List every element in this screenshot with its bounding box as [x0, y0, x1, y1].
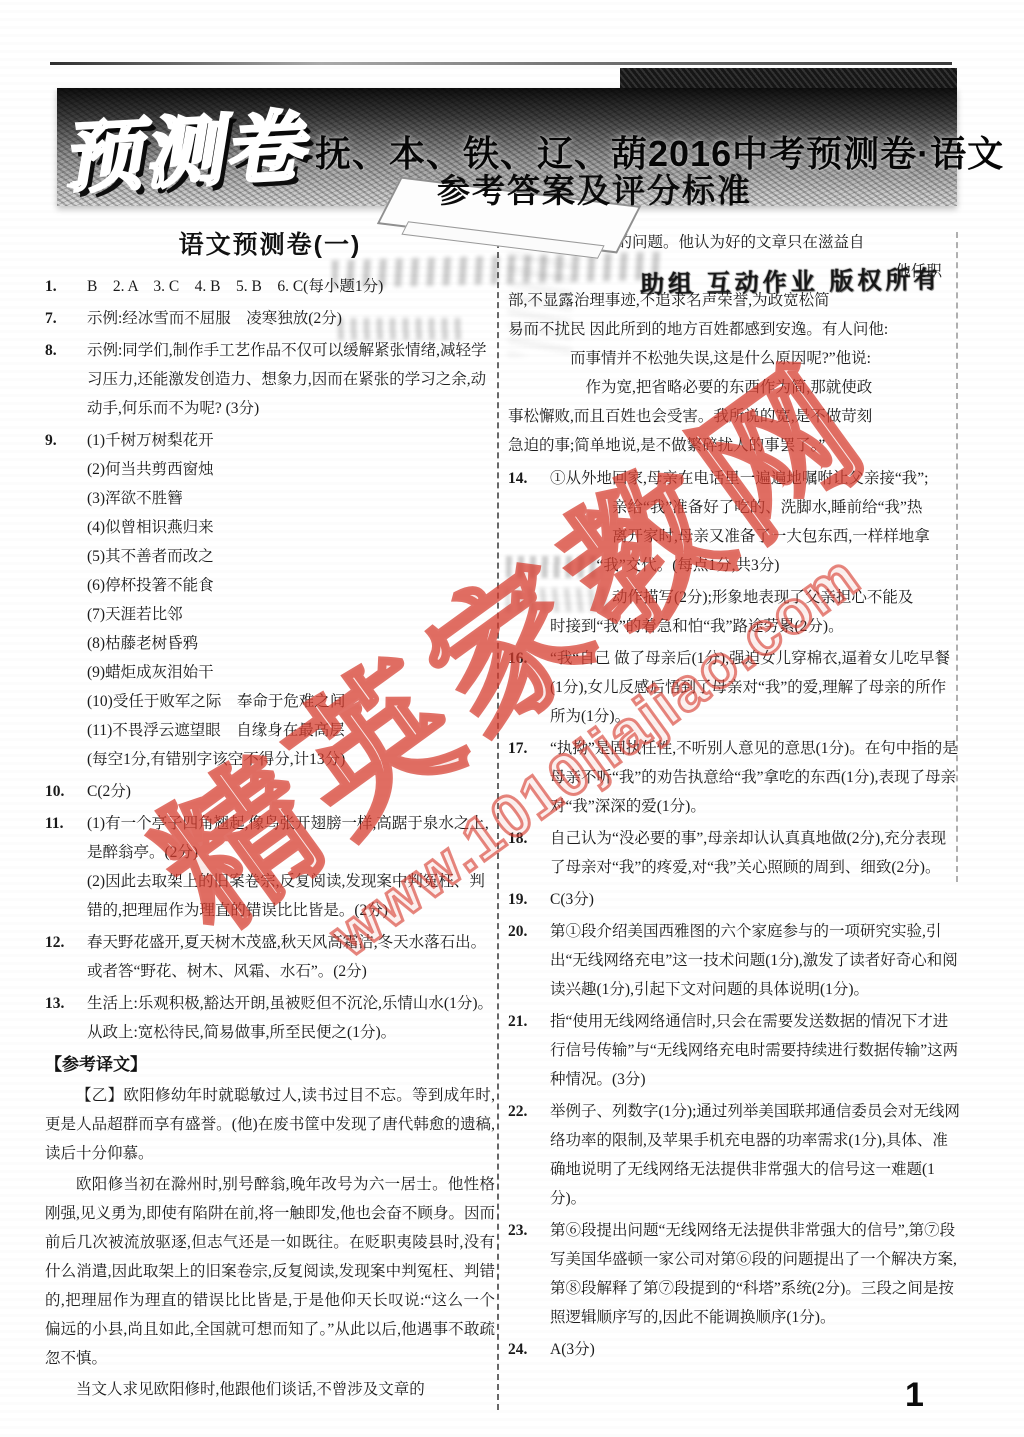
text-line: (1)千树万树梨花开	[87, 426, 495, 455]
text-line: 春天野花盛开,夏天树木茂盛,秋天风高霜洁,冬天水落石出。或者答“野花、树木、风霜…	[87, 928, 495, 986]
answer-text: 春天野花盛开,夏天树木茂盛,秋天风高霜洁,冬天水落石出。或者答“野花、树木、风霜…	[87, 928, 495, 986]
text-line: (8)枯藤老树昏鸦	[87, 629, 495, 658]
translation-paragraphs: 【乙】欧阳修幼年时就聪敏过人,读书过目不忘。等到成年时,更是人品超群而享有盛誉。…	[45, 1081, 495, 1404]
answer-number: 20.	[508, 917, 550, 1004]
copyright-stamp: 助组 互动作业 版权所有	[640, 259, 942, 299]
text-line: 离开家时,母亲又准备了一大包东西,一样样地拿	[550, 522, 960, 551]
text-line: B 2. A 3. C 4. B 5. B 6. C(每小题1分)	[87, 272, 495, 301]
column-divider	[497, 232, 499, 1410]
text-line: (9)蜡炬成灰泪始干	[87, 658, 495, 687]
answer-number	[508, 583, 550, 641]
text-line: (7)天涯若比邻	[87, 600, 495, 629]
text-line: (1)有一个亭子四角翘起,像鸟张开翅膀一样,高踞于泉水之上,是醉翁亭。(2分)	[87, 809, 495, 867]
text-line: 亲给“我”准备好了吃的、洗脚水,睡前给“我”热	[550, 493, 960, 522]
answer-text: A(3分)	[550, 1335, 960, 1364]
answer-text: (1)有一个亭子四角翘起,像鸟张开翅膀一样,高踞于泉水之上,是醉翁亭。(2分)(…	[87, 809, 495, 925]
answer-text: 第①段介绍美国西雅图的六个家庭参与的一项研究实验,引出“无线网络充电”这一技术问…	[550, 917, 960, 1004]
text-line: “我“自己 做了母亲后(1分),强迫女儿穿棉衣,逼着女儿吃早餐(1分),女儿反感…	[550, 644, 960, 731]
text-line: 作为宽,把省略必要的东西作为简,那就使政	[508, 373, 960, 402]
text-line: 第⑥段提出问题“无线网络无法提供非常强大的信号”,第⑦段写美国华盛顿一家公司对第…	[550, 1216, 960, 1332]
paragraph: 【乙】欧阳修幼年时就聪敏过人,读书过目不忘。等到成年时,更是人品超群而享有盛誉。…	[45, 1081, 495, 1168]
answer-item: 22.举例子、列数字(1分);通过列举美国联邦通信委员会对无线网络功率的限制,及…	[508, 1097, 960, 1213]
text-line: 生活上:乐观积极,豁达开朗,虽被贬但不沉沦,乐情山水(1分)。从政上:宽松待民,…	[87, 989, 495, 1047]
answer-number: 7.	[45, 304, 87, 333]
answer-number: 13.	[45, 989, 87, 1047]
answers-list-left: 1.B 2. A 3. C 4. B 5. B 6. C(每小题1分)7.示例:…	[45, 272, 495, 1047]
answer-number: 24.	[508, 1335, 550, 1364]
answer-item: 16.“我“自己 做了母亲后(1分),强迫女儿穿棉衣,逼着女儿吃早餐(1分),女…	[508, 644, 960, 731]
text-line: 而事情并不松弛失误,这是什么原因呢?”他说:	[508, 344, 960, 373]
series-logo: 预测卷	[61, 84, 321, 208]
answer-item: 14.①从外地回家,母亲在电话里一遍遍地嘱咐让父亲接“我”; 亲给“我”准备好了…	[508, 464, 960, 580]
answer-text: “执拗”是固执任性,不听别人意见的意思(1分)。在句中指的是母亲不听“我”的劝告…	[550, 734, 960, 821]
answer-item: 11.(1)有一个亭子四角翘起,像鸟张开翅膀一样,高踞于泉水之上,是醉翁亭。(2…	[45, 809, 495, 925]
text-line: (3)浑欲不胜簪	[87, 484, 495, 513]
answer-text: 生活上:乐观积极,豁达开朗,虽被贬但不沉沦,乐情山水(1分)。从政上:宽松待民,…	[87, 989, 495, 1047]
text-line: 急迫的事;简单地说,是不做繁碎扰人的事罢了。”	[508, 431, 960, 460]
answer-text: 自己认为“没必要的事”,母亲却认认真真地做(2分),充分表现了母亲对“我”的疼爱…	[550, 824, 960, 882]
answer-text: ①从外地回家,母亲在电话里一遍遍地嘱咐让父亲接“我”; 亲给“我”准备好了吃的、…	[550, 464, 960, 580]
answer-text: 指“使用无线网络通信时,只会在需要发送数据的情况下才进行信号传输”与“无线网络充…	[550, 1007, 960, 1094]
answer-text: “我“自己 做了母亲后(1分),强迫女儿穿棉衣,逼着女儿吃早餐(1分),女儿反感…	[550, 644, 960, 731]
answer-item: 21.指“使用无线网络通信时,只会在需要发送数据的情况下才进行信号传输”与“无线…	[508, 1007, 960, 1094]
answer-text: 示例:同学们,制作手工艺作品不仅可以缓解紧张情绪,减轻学习压力,还能激发创造力、…	[87, 336, 495, 423]
text-line: A(3分)	[550, 1335, 960, 1364]
answer-number: 17.	[508, 734, 550, 821]
text-line: 动作描写(2分);形象地表现了父亲担心不能及	[550, 583, 960, 612]
answer-number: 18.	[508, 824, 550, 882]
answer-item: 19.C(3分)	[508, 885, 960, 914]
text-line: ①从外地回家,母亲在电话里一遍遍地嘱咐让父亲接“我”;	[550, 464, 960, 493]
answer-item: 13.生活上:乐观积极,豁达开朗,虽被贬但不沉沦,乐情山水(1分)。从政上:宽松…	[45, 989, 495, 1047]
text-line: 指“使用无线网络通信时,只会在需要发送数据的情况下才进行信号传输”与“无线网络充…	[550, 1007, 960, 1094]
answer-text: 举例子、列数字(1分);通过列举美国联邦通信委员会对无线网络功率的限制,及苹果手…	[550, 1097, 960, 1213]
answer-number: 22.	[508, 1097, 550, 1213]
text-line: 时接到“我”的着急和怕“我”路途劳累(2分)。	[550, 612, 960, 641]
paragraph: 欧阳修当初在滁州时,别号醉翁,晚年改号为六一居士。他性格刚强,见义勇为,即使有陷…	[45, 1170, 495, 1373]
answer-text: 示例:经冰雪而不屈服 凌寒独放(2分)	[87, 304, 495, 333]
answers-subtitle: 参考答案及评分标准	[437, 165, 752, 212]
answer-number: 12.	[45, 928, 87, 986]
answer-item: 10.C(2分)	[45, 777, 495, 806]
text-line: (2)因此去取架上的旧案卷宗,反复阅读,发现案中判冤枉、判错的,把理屈作为理直的…	[87, 867, 495, 925]
text-line: (2)何当共剪西窗烛	[87, 455, 495, 484]
answer-item: 23.第⑥段提出问题“无线网络无法提供非常强大的信号”,第⑦段写美国华盛顿一家公…	[508, 1216, 960, 1332]
answer-text: 动作描写(2分);形象地表现了父亲担心不能及时接到“我”的着急和怕“我”路途劳累…	[550, 583, 960, 641]
answer-item: 17.“执拗”是固执任性,不听别人意见的意思(1分)。在句中指的是母亲不听“我”…	[508, 734, 960, 821]
answer-item: 24.A(3分)	[508, 1335, 960, 1364]
answer-item: 8.示例:同学们,制作手工艺作品不仅可以缓解紧张情绪,减轻学习压力,还能激发创造…	[45, 336, 495, 423]
answer-number: 8.	[45, 336, 87, 423]
answer-text: (1)千树万树梨花开(2)何当共剪西窗烛(3)浑欲不胜簪(4)似曾相识燕归来(5…	[87, 426, 495, 774]
answer-item: 20.第①段介绍美国西雅图的六个家庭参与的一项研究实验,引出“无线网络充电”这一…	[508, 917, 960, 1004]
text-line: C(3分)	[550, 885, 960, 914]
scanned-page: 预测卷 抚、本、铁、辽、葫2016中考预测卷·语文 参考答案及评分标准 语文预测…	[0, 0, 1024, 1437]
text-line: “执拗”是固执任性,不听别人意见的意思(1分)。在句中指的是母亲不听“我”的劝告…	[550, 734, 960, 821]
answer-item: 9.(1)千树万树梨花开(2)何当共剪西窗烛(3)浑欲不胜簪(4)似曾相识燕归来…	[45, 426, 495, 774]
paragraph: 当文人求见欧阳修时,他跟他们谈话,不曾涉及文章的	[45, 1375, 495, 1404]
answer-number: 16.	[508, 644, 550, 731]
text-line: C(2分)	[87, 777, 495, 806]
answer-item: 1.B 2. A 3. C 4. B 5. B 6. C(每小题1分)	[45, 272, 495, 301]
answer-number: 1.	[45, 272, 87, 301]
text-line: 举例子、列数字(1分);通过列举美国联邦通信委员会对无线网络功率的限制,及苹果手…	[550, 1097, 960, 1213]
text-line: 示例:同学们,制作手工艺作品不仅可以缓解紧张情绪,减轻学习压力,还能激发创造力、…	[87, 336, 495, 423]
page-number: 1	[905, 1376, 924, 1415]
answer-number: 14.	[508, 464, 550, 580]
text-line: (每空1分,有错别字该空不得分,计13分)	[87, 745, 495, 774]
answer-item: 12.春天野花盛开,夏天树木茂盛,秋天风高霜洁,冬天水落石出。或者答“野花、树木…	[45, 928, 495, 986]
text-line: 第①段介绍美国西雅图的六个家庭参与的一项研究实验,引出“无线网络充电”这一技术问…	[550, 917, 960, 1004]
text-line: (6)停杯投箸不能食	[87, 571, 495, 600]
answer-number: 9.	[45, 426, 87, 774]
left-column: 语文预测卷(一) 1.B 2. A 3. C 4. B 5. B 6. C(每小…	[45, 228, 495, 1406]
answers-list-right: 14.①从外地回家,母亲在电话里一遍遍地嘱咐让父亲接“我”; 亲给“我”准备好了…	[508, 464, 960, 1364]
text-line: 示例:经冰雪而不屈服 凌寒独放(2分)	[87, 304, 495, 333]
answer-text: B 2. A 3. C 4. B 5. B 6. C(每小题1分)	[87, 272, 495, 301]
answer-item: 动作描写(2分);形象地表现了父亲担心不能及时接到“我”的着急和怕“我”路途劳累…	[508, 583, 960, 641]
answer-text: C(2分)	[87, 777, 495, 806]
answer-item: 18.自己认为“没必要的事”,母亲却认认真真地做(2分),充分表现了母亲对“我”…	[508, 824, 960, 882]
answer-number: 21.	[508, 1007, 550, 1094]
answer-number: 19.	[508, 885, 550, 914]
top-rule	[50, 62, 952, 65]
answer-number: 23.	[508, 1216, 550, 1332]
text-line: (4)似曾相识燕归来	[87, 513, 495, 542]
answer-number: 11.	[45, 809, 87, 925]
right-column: 治事的问题。他认为好的文章只在滋益自 他任职部,不显露治理事迹,不追求名声荣誉,…	[508, 228, 960, 1367]
text-line: (10)受任于败军之际 奉命于危难之间	[87, 687, 495, 716]
text-line: 自己认为“没必要的事”,母亲却认认真真地做(2分),充分表现了母亲对“我”的疼爱…	[550, 824, 960, 882]
text-line: (5)其不善者而改之	[87, 542, 495, 571]
text-line: 易而不扰民 因此所到的地方百姓都感到安逸。有人问他:	[508, 315, 960, 344]
text-line: (11)不畏浮云遮望眼 自缘身在最高层	[87, 716, 495, 745]
answer-text: 第⑥段提出问题“无线网络无法提供非常强大的信号”,第⑦段写美国华盛顿一家公司对第…	[550, 1216, 960, 1332]
answer-number: 10.	[45, 777, 87, 806]
text-line: 事松懈败,而且百姓也会受害。我所说的宽,是不做苛刻	[508, 402, 960, 431]
answer-text: C(3分)	[550, 885, 960, 914]
answer-item: 7.示例:经冰雪而不屈服 凌寒独放(2分)	[45, 304, 495, 333]
text-line: “我”交代。(每点1分,共3分)	[550, 551, 960, 580]
reference-translation-heading: 【参考译文】	[45, 1050, 495, 1079]
